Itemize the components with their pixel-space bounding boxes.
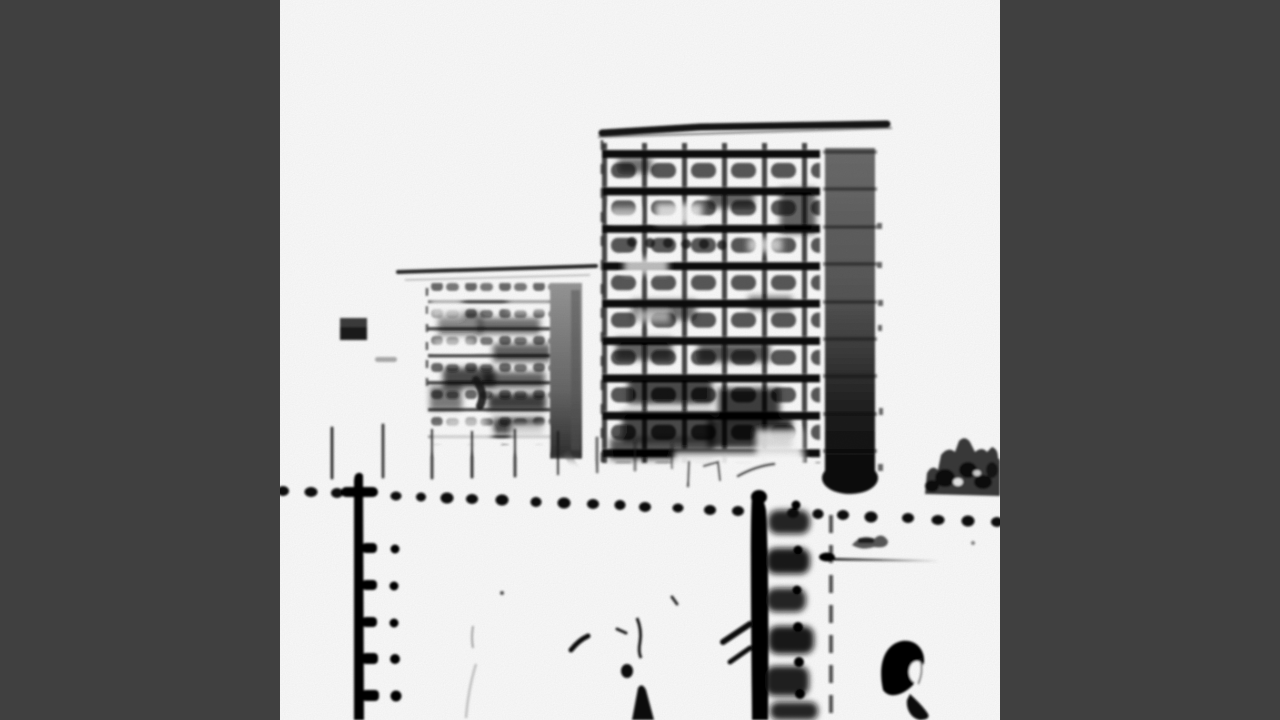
photo-artwork	[280, 0, 1000, 720]
letterbox-left	[0, 0, 280, 720]
film-grain-overlay	[280, 0, 1000, 720]
album-art-photo: Grainy high-contrast black-and-white pho…	[280, 0, 1000, 720]
video-frame: Grainy high-contrast black-and-white pho…	[0, 0, 1280, 720]
letterbox-right	[1000, 0, 1280, 720]
